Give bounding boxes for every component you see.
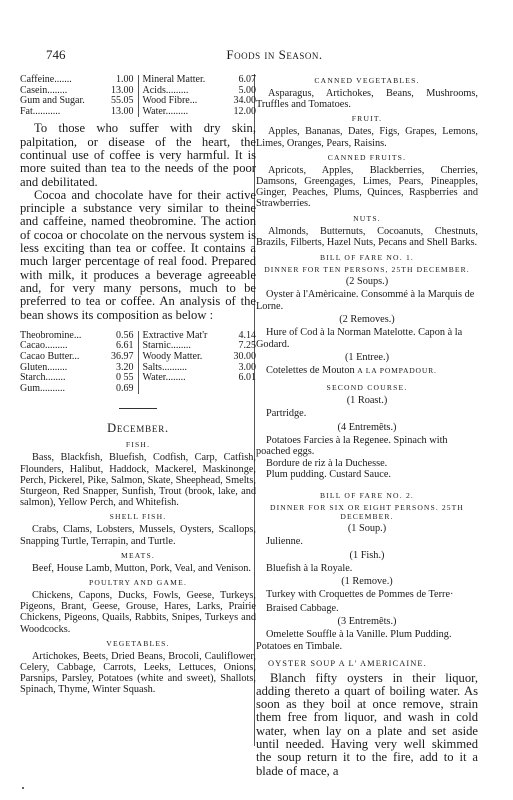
meats-list: Beef, House Lamb, Mutton, Pork, Veal, an… [20,563,256,574]
table-row: Water........6.01 [143,373,257,384]
row-label: Fat........... [20,107,60,118]
meats-heading: Meats. [20,551,256,560]
bill-1-entremets-3: Plum pudding. Custard Sauce. [256,469,478,481]
coffee-composition-table: Caffeine.......1.00 Casein........13.00 … [20,75,256,117]
coffee-table-right: Mineral Matter.6.07 Acids.........5.00 W… [139,75,257,117]
nuts-list: Almonds, Butternuts, Cocoanuts, Chestnut… [256,226,478,248]
bill-1-soups: Oyster à l'Amèricaine. Consommé à la Mar… [256,289,478,312]
coffee-table-left: Caffeine.......1.00 Casein........13.00 … [20,75,139,117]
bill-2-entremets-label: (3 Entremêts.) [256,616,478,627]
bill-2-remove: Turkey with Croquettes de Pommes de Terr… [256,589,478,601]
bill-1-entremets-1: Potatoes Farcies à la Regenee. Spinach w… [256,435,478,458]
entree-style: a la Pompadour. [357,366,436,375]
bill-2-subtitle: Dinner for six or eight persons. 25th De… [256,503,478,521]
row-value: 6.07 [239,75,257,86]
vegetables-heading: Vegetables. [20,639,256,648]
canned-vegetables-list: Asparagus, Artichokes, Beans, Mushrooms,… [256,88,478,110]
bill-2-fish: Bluefish à la Royale. [256,563,478,575]
bill-1-entree: Cotelettes de Mouton a la Pompadour. [256,365,478,377]
bill-1-title: Bill of Fare No. 1. [256,253,478,262]
bill-2-fish-label: (1 Fish.) [256,550,478,561]
recipe-title: Oyster Soup a l' Americaine. [268,659,478,668]
table-row: Fat...........13.00 [20,107,134,118]
bill-2-remove-label: (1 Remove.) [256,576,478,587]
table-row: Water.........12.00 [143,107,257,118]
page-speck [22,787,24,789]
canned-fruits-list: Apricots, Apples, Blackberries, Cherries… [256,165,478,210]
bill-1-roast-label: (1 Roast.) [256,395,478,406]
table-row: Gum..........0.69 [20,384,134,395]
table-row: Caffeine.......1.00 [20,75,134,86]
row-label: Water........ [143,373,186,384]
row-value: 13.00 [111,107,134,118]
row-label: Gum.......... [20,384,65,395]
nuts-heading: Nuts. [256,214,478,223]
poultry-heading: Poultry and Game. [20,578,256,587]
bill-2-title: Bill of Fare No. 2. [256,491,478,500]
cocoa-table-right: Extractive Mat'r4.14 Starnic........7.25… [139,331,257,395]
running-head: 746 Foods in Season. [46,47,473,63]
bill-1-roast: Partridge. [256,408,478,420]
bill-1-removes: Hure of Cod à la Norman Matelotte. Capon… [256,327,478,350]
fish-heading: Fish. [20,440,256,449]
second-course-heading: Second Course. [256,383,478,392]
cocoa-composition-table: Theobromine...0.56 Cacao.........6.61 Ca… [20,331,256,395]
row-value: 1.00 [116,75,134,86]
fish-list: Bass, Blackfish, Bluefish, Codfish, Carp… [20,452,256,508]
right-column: Canned Vegetables. Asparagus, Artichokes… [256,75,478,778]
bill-1-entree-label: (1 Entree.) [256,352,478,363]
left-column: Caffeine.......1.00 Casein........13.00 … [20,75,256,696]
december-heading: December. [20,421,256,436]
cocoa-paragraph: Cocoa and chocolate have for their activ… [20,189,256,322]
bill-2-remove-side: Braised Cabbage. [256,603,478,615]
bill-1-soups-label: (2 Soups.) [256,276,478,287]
row-label: Caffeine....... [20,75,72,86]
row-value: 12.00 [234,107,257,118]
table-row: Mineral Matter.6.07 [143,75,257,86]
bill-2-entremets: Omelette Souffle à la Vanille. Plum Pudd… [256,629,478,652]
vegetables-list: Artichokes, Beets, Dried Beans, Brocoli,… [20,651,256,696]
row-value: 0.69 [116,384,134,395]
entree-name: Cotelettes de Mouton [266,365,355,376]
fruit-heading: Fruit. [256,114,478,123]
book-page: 746 Foods in Season. Caffeine.......1.00… [0,0,513,800]
bill-2-soup-label: (1 Soup.) [256,523,478,534]
poultry-list: Chickens, Capons, Ducks, Fowls, Geese, T… [20,590,256,635]
bill-1-subtitle: Dinner for ten persons, 25th December. [256,265,478,274]
recipe-text: Blanch fifty oysters in their liquor, ad… [256,672,478,778]
page-title: Foods in Season. [46,47,473,63]
bill-1-entremets-label: (4 Entremêts.) [256,422,478,433]
row-value: 6.01 [239,373,257,384]
section-rule [119,408,157,409]
canned-fruits-heading: Canned Fruits. [256,153,478,162]
cocoa-table-left: Theobromine...0.56 Cacao.........6.61 Ca… [20,331,139,395]
fruit-list: Apples, Bananas, Dates, Figs, Grapes, Le… [256,126,478,148]
row-label: Water......... [143,107,189,118]
canned-vegetables-heading: Canned Vegetables. [256,76,478,85]
row-label: Mineral Matter. [143,75,206,86]
bill-2-soup: Julienne. [256,536,478,548]
bill-1-removes-label: (2 Removes.) [256,314,478,325]
coffee-paragraph: To those who suffer with dry skin, palpi… [20,122,256,188]
bill-1-entremets-2: Bordure de riz à la Duchesse. [256,458,478,470]
shellfish-list: Crabs, Clams, Lobsters, Mussels, Oysters… [20,524,256,546]
shellfish-heading: Shell Fish. [20,512,256,521]
